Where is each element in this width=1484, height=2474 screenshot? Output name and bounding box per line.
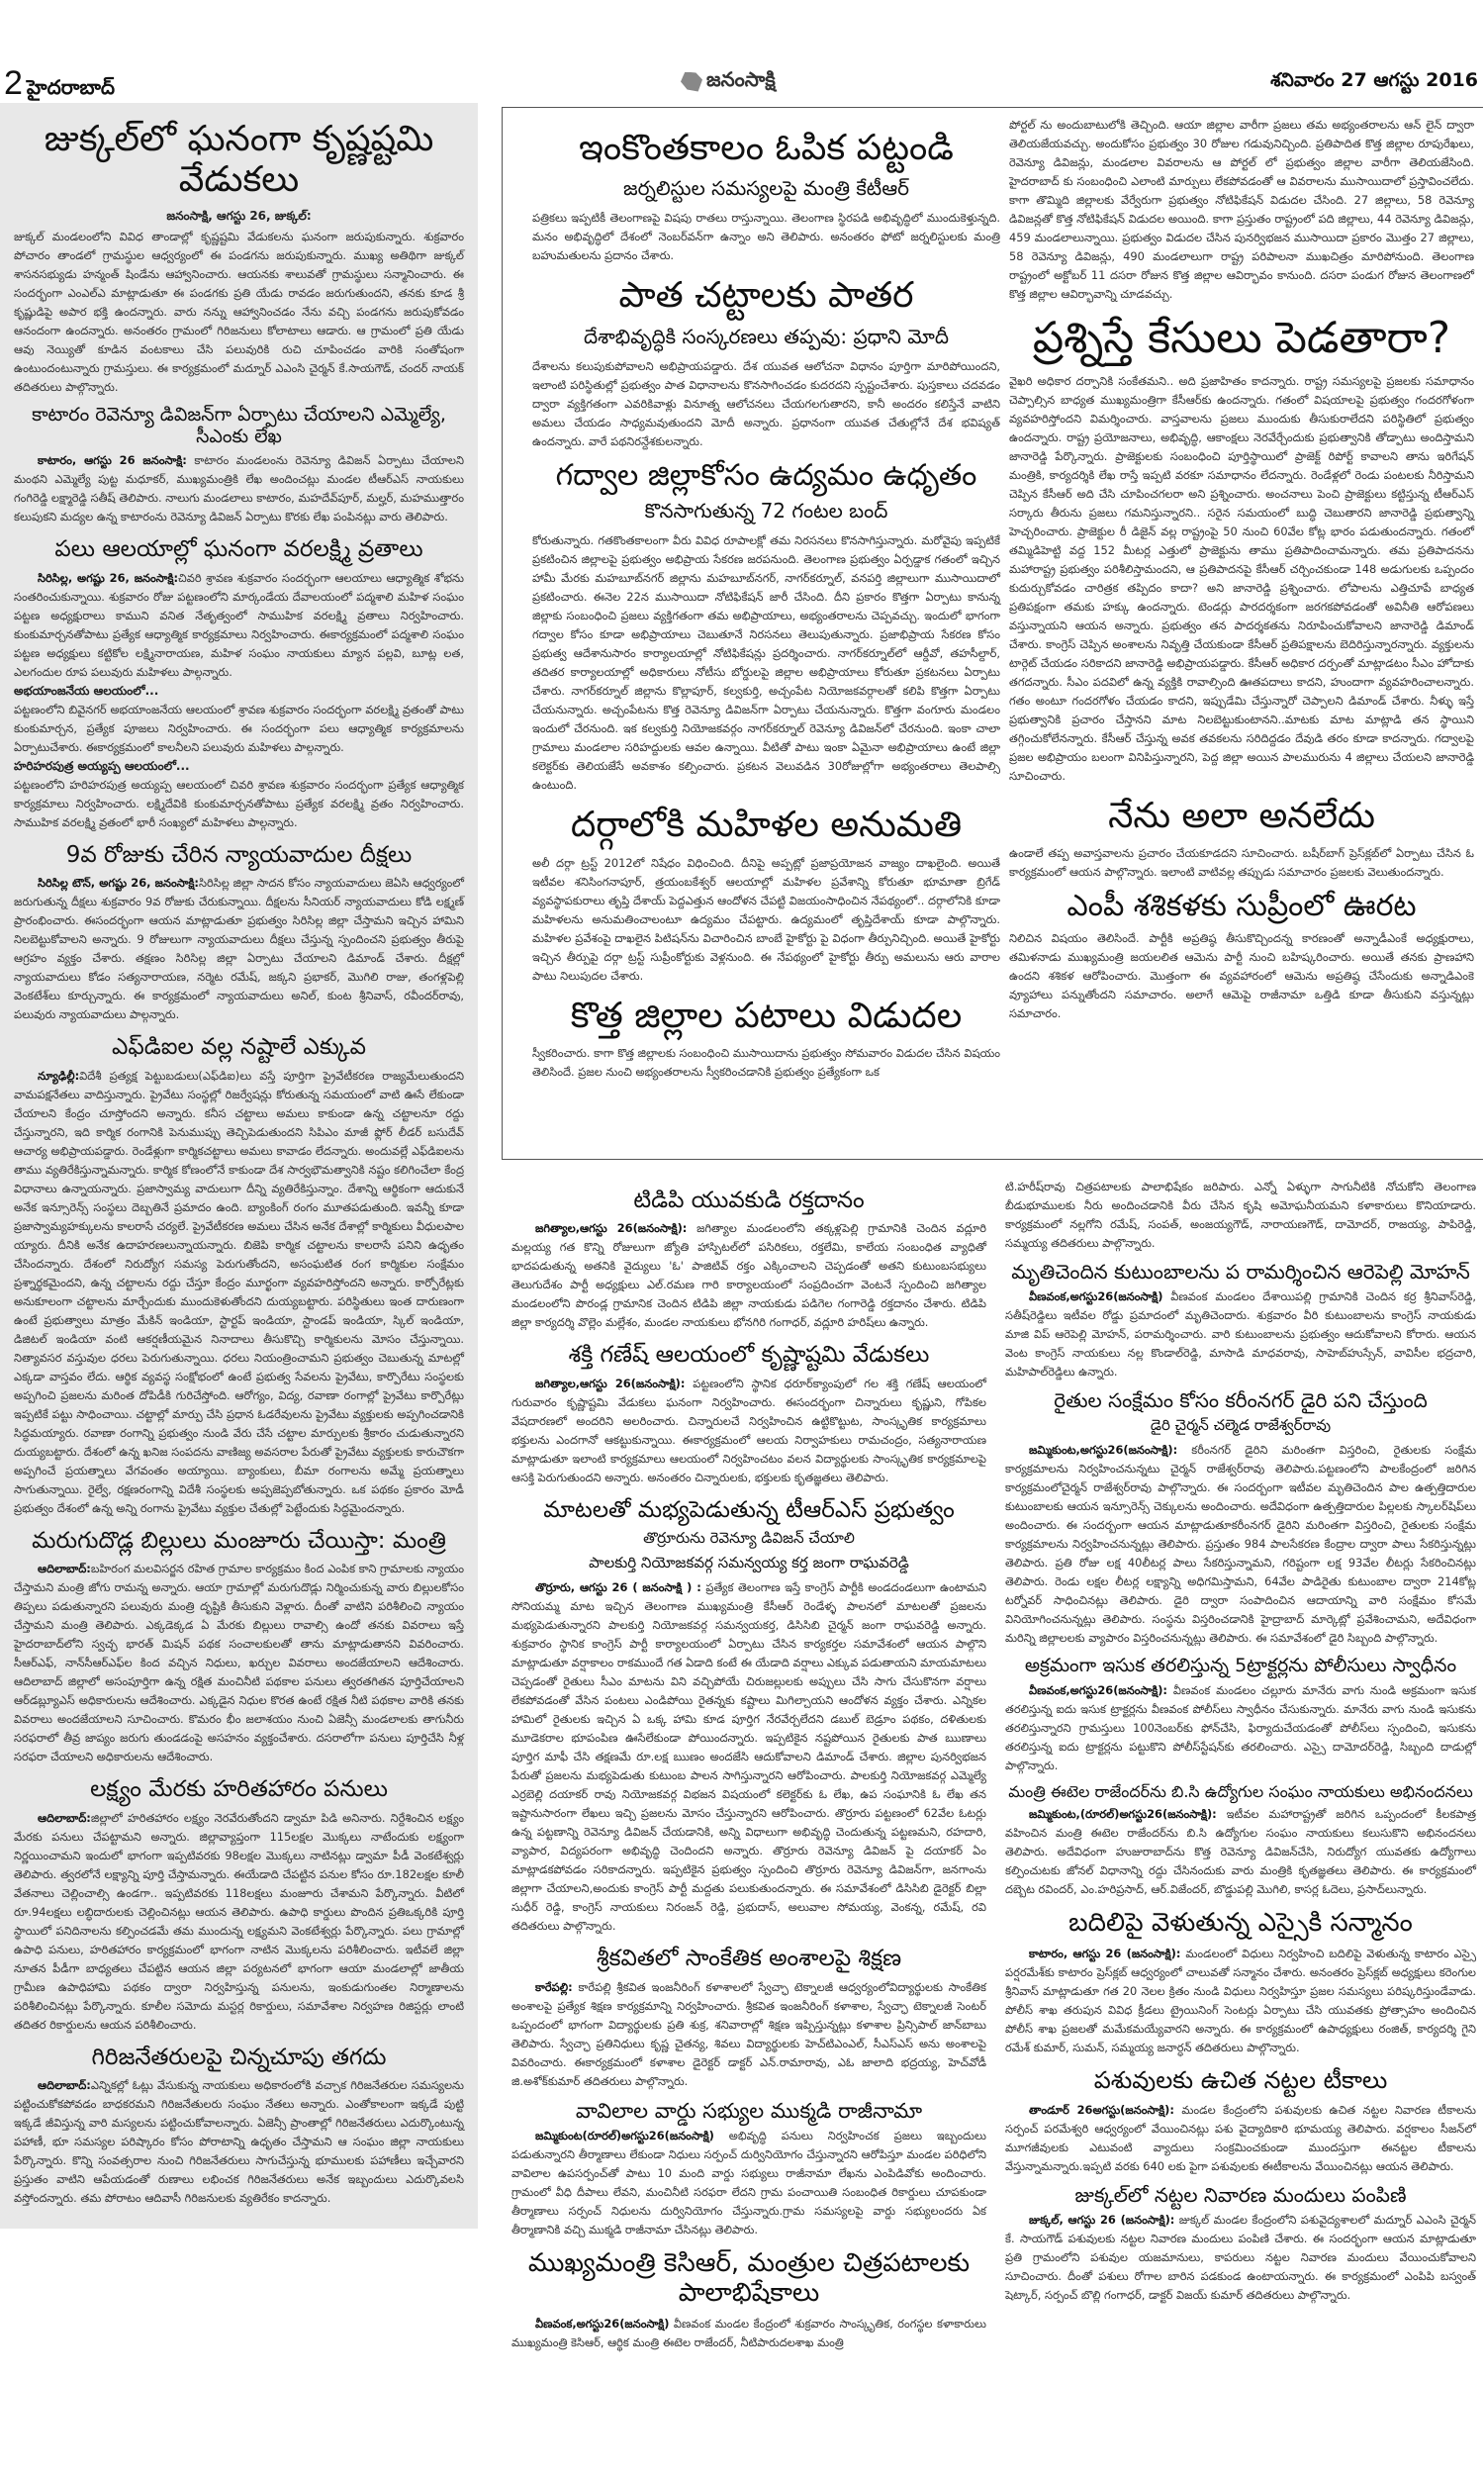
- article-body: ఉండాలే తప్ప అవాస్తవాలను ప్రచారం చేయకూడదన…: [1009, 844, 1474, 882]
- article: 9వ రోజుకు చేరిన న్యాయవాదుల దీక్షలు సిరిస…: [14, 842, 464, 1024]
- article: ఎంపీ శశికళకు సుప్రీంలో ఊరట నిలిచిన విషయం…: [1009, 890, 1474, 1024]
- article-subheadline: డైరి చైర్మన్ చల్మెడ రాజేశ్వర్‌రావు: [1005, 1416, 1476, 1438]
- article-headline: మరుగుదొడ్ల బిల్లులు మంజూరు చేయిస్తా: మంత…: [14, 1528, 464, 1554]
- article-headline: గద్వాల జిల్లాకోసం ఉద్యమం ఉధృతం: [532, 459, 1000, 494]
- article: ఇంకొంతకాలం ఓపిక పట్టండి జర్నలిస్టుల సమస్…: [532, 128, 1000, 265]
- article-headline: కొత్త జిల్లాల పటాలు విడుదల: [532, 996, 1000, 1036]
- article: మృతిచెందిన కుటుంబాలను ప రామర్శించిన ఆరెప…: [1005, 1261, 1476, 1381]
- article-headline: బదిలిపై వెళుతున్న ఎస్సైకి సన్మానం: [1005, 1909, 1476, 1939]
- article-body: కోరుతున్నారు. గతకొంతకాలంగా వీరు వివిధ రూ…: [532, 531, 1000, 795]
- article-body: పత్రికలు ఇప్పటికీ తెలంగాణపై విషపు రాతలు …: [532, 209, 1000, 265]
- article-body: వైఖరి అధికార దర్పానికి సంకేతమని.. అది ప్…: [1009, 372, 1474, 786]
- article-dateline: సిరిసిల్ల టౌన్, అగష్టు 26, జనంసాక్షి:: [38, 876, 199, 890]
- article-headline: లక్ష్యం మేరకు హరితహారం పనులు: [14, 1776, 464, 1802]
- article-headline: పాత చట్టాలకు పాతర: [532, 275, 1000, 316]
- article-body: బహిరంగ మలవిసర్జన రహిత గ్రామాల కార్యక్రమం…: [14, 1562, 464, 1763]
- article-body: మండలంలో విధులు నిర్వహించి బదిలిపై వెళుతు…: [1005, 1947, 1476, 2054]
- left-column: జుక్కల్‌లో ఘనంగా కృష్ణష్టమి వేడుకలు జనంస…: [0, 103, 478, 2229]
- article: దర్గాలోకి మహిళల అనుమతి అలీ దర్గా ట్రస్ట్…: [532, 805, 1000, 985]
- article-headline: ఇంకొంతకాలం ఓపిక పట్టండి: [532, 128, 1000, 168]
- article-dateline: తొర్రూరు, ఆగస్టు 26 ( జనంసాక్షి ) :: [535, 1580, 701, 1594]
- article: కాటారం రెవెన్యూ డివిజన్‌గా ఏర్పాటు చేయాల…: [14, 405, 464, 527]
- article: శక్తి గణేష్ ఆలయంలో కృష్ణాష్టమి వేడుకలు జ…: [511, 1342, 986, 1486]
- article-body: జుక్కల్ మండలంలోని వివిధ తాండాల్లో కృష్ణష…: [14, 228, 464, 397]
- article-dateline: జగిత్యాల,ఆగస్టు 26(జనంసాక్షి):: [535, 1221, 687, 1235]
- article-dateline: న్యూఢిల్లీ:: [38, 1069, 79, 1083]
- article: ప్రశ్నిస్తే కేసులు పెడతారా? వైఖరి అధికార…: [1009, 314, 1474, 786]
- article-dateline: కాటారం, ఆగస్టు 26 జనంసాక్షి:: [38, 453, 187, 467]
- article-headline: 9వ రోజుకు చేరిన న్యాయవాదుల దీక్షలు: [14, 842, 464, 868]
- article-body: ప్రత్యేక తెలంగాణ ఇస్తే కాంగ్రెస్ పార్టీక…: [511, 1580, 986, 1933]
- article-headline: ఎఫ్‌డిఐల వల్ల నష్టాలే ఎక్కువ: [14, 1034, 464, 1060]
- telangana-map-icon: [681, 72, 702, 92]
- article-body: పట్టణంలోని స్థానిక ధరూర్‌క్యాంపులో గల శక…: [511, 1377, 986, 1484]
- article-headline: గిరిజనేతరులపై చిన్నచూపు తగదు: [14, 2045, 464, 2070]
- article-body: సిరిసిల్ల జిల్లా సాదన కోసం న్యాయవాదులు జ…: [14, 876, 464, 1021]
- article-dateline: జనంసాక్షి, ఆగస్టు 26, జుక్కల్:: [14, 209, 464, 226]
- article-body: టి.హరీష్‌రావు చిత్రపటాలకు పాలాభిషేకం జరి…: [1005, 1178, 1476, 1253]
- article-headline: రైతుల సంక్షేమం కోసం కరీంనగర్ డైరి పని చే…: [1005, 1389, 1476, 1412]
- article: టిడిపి యువకుడి రక్తదానం జగిత్యాల,ఆగస్టు …: [511, 1188, 986, 1332]
- newspaper-logo: జనంసాక్షి: [681, 67, 776, 96]
- article-body: జిల్లాలో హరితహారం లక్ష్యం నెరవేరుతోందని …: [14, 1811, 464, 2032]
- article-body: జగిత్యాల మండలంలోని తక్కళ్లపెల్లి గ్రామాన…: [511, 1221, 986, 1329]
- boxed-column-b: పోర్టల్ ను అందుబాటులోకి తెచ్చింది. ఆయా జ…: [1009, 116, 1474, 1023]
- article-subheadline: జర్నలిస్టుల సమస్యలపై మంత్రి కేటీఆర్: [532, 176, 1000, 205]
- article-dateline: జమ్మికుంట,(రూరల్)అగస్టు26(జనంసాక్షి):: [1029, 1807, 1217, 1821]
- article-body: అభివృద్ధి పనులు నిర్వహించక ప్రజలు ఇబ్బంద…: [511, 2129, 986, 2236]
- article-headline: నేను అలా అనలేదు: [1009, 796, 1474, 836]
- article-dateline: ఆదిలాబాద్:: [38, 1562, 91, 1575]
- article-headline: శ్రీకవితలో సాంకేతిక అంశాలపై శిక్షణ: [511, 1946, 986, 1971]
- article-subheadline: తొర్రూరును రెవెన్యూ డివిజన్ చేయాలి: [511, 1529, 986, 1551]
- article-headline: కాటారం రెవెన్యూ డివిజన్‌గా ఏర్పాటు చేయాల…: [14, 405, 464, 448]
- article-body: పోర్టల్ ను అందుబాటులోకి తెచ్చింది. ఆయా జ…: [1009, 116, 1474, 304]
- article-continuation: పోర్టల్ ను అందుబాటులోకి తెచ్చింది. ఆయా జ…: [1009, 116, 1474, 304]
- article-subheadline: కొనసాగుతున్న 72 గంటల బంద్: [532, 499, 1000, 527]
- article-body: అలీ దర్గా ట్రస్ట్ 2012లో నిషేధం విధించిం…: [532, 854, 1000, 986]
- article-headline: ఎంపీ శశికళకు సుప్రీంలో ఊరట: [1009, 890, 1474, 924]
- article: బదిలిపై వెళుతున్న ఎస్సైకి సన్మానం కాటారం…: [1005, 1909, 1476, 2057]
- article-headline: మృతిచెందిన కుటుంబాలను ప రామర్శించిన ఆరెప…: [1005, 1261, 1476, 1284]
- article-dateline: ఆదిలాబాద్:: [38, 1811, 91, 1825]
- article-body: పట్టణంలోని హరిహరపుత్ర అయ్యప్ప ఆలయంలో చివ…: [14, 776, 464, 832]
- article: ఎఫ్‌డిఐల వల్ల నష్టాలే ఎక్కువ న్యూఢిల్లీ:…: [14, 1034, 464, 1517]
- article-body: చివరి శ్రావణ శుక్రవారం సందర్భంగా ఆలయాలు …: [14, 571, 464, 679]
- article-dateline: కాటారం, ఆగస్టు 26 (జనంసాక్షి):: [1029, 1947, 1180, 1960]
- article-body: ఎన్నికల్లో ఓట్లు వేసుకున్న నాయకులు అధికా…: [14, 2078, 464, 2205]
- article: అక్రమంగా ఇసుక తరలిస్తున్న 5ట్రాక్టర్లను …: [1005, 1656, 1476, 1775]
- article: నేను అలా అనలేదు ఉండాలే తప్ప అవాస్తవాలను …: [1009, 796, 1474, 882]
- article-headline: మంత్రి ఈటెల రాజేందర్‌ను బి.సి ఉద్యోగుల స…: [1005, 1783, 1476, 1801]
- article-dateline: జగిత్యాల,ఆగస్టు 26(జనంసాక్షి):: [535, 1377, 685, 1390]
- article-headline: టిడిపి యువకుడి రక్తదానం: [511, 1188, 986, 1213]
- article-headline: ప్రశ్నిస్తే కేసులు పెడతారా?: [1009, 314, 1474, 364]
- article-body: పట్టణంలోని బివైనగర్ అభయాంజనేయ ఆలయంలో శ్ర…: [14, 701, 464, 757]
- article-body: కారేపల్లి శ్రీకవిత ఇంజనీరింగ్ కళాశాలలో స…: [511, 1980, 986, 2088]
- article-dateline: సిరిసిల్ల, అగష్టు 26, జనంసాక్షి:: [38, 571, 178, 585]
- masthead: 2హైదరాబాద్ జనంసాక్షి శనివారం 27 ఆగస్టు 2…: [0, 59, 1484, 99]
- page-number: 2: [4, 64, 23, 102]
- article-body: దేశాలను కలుపుకుపోవాలని అభిప్రాయపడ్డారు. …: [532, 357, 1000, 451]
- article: పలు ఆలయాల్లో ఘనంగా వరలక్ష్మి వ్రతాలు సిర…: [14, 536, 464, 831]
- article-dateline: తాండూర్ 26అగస్టు(జనంసాక్షి):: [1029, 2103, 1174, 2117]
- article-headline: మాటలతో మభ్యపెడుతున్న టీఆర్ఎస్ ప్రభుత్వం: [511, 1497, 986, 1523]
- article-body: కరీంనగర్ డైరిని మరింతగా విస్తరించి, రైతు…: [1005, 1443, 1476, 1645]
- article: శ్రీకవితలో సాంకేతిక అంశాలపై శిక్షణ కారేప…: [511, 1946, 986, 2090]
- article: పశువులకు ఉచిత నట్టల టీకాలు తాండూర్ 26అగస…: [1005, 2067, 1476, 2176]
- article-subheadline: దేశాభివృద్ధికి సంస్కరణలు తప్పవు: ప్రధాని…: [532, 325, 1000, 353]
- article: గిరిజనేతరులపై చిన్నచూపు తగదు ఆదిలాబాద్:ఎ…: [14, 2045, 464, 2208]
- article-body: నిలిచిన విషయం తెలిసిందే. పార్టీకి అప్రతి…: [1009, 929, 1474, 1023]
- article-subhead: అభయాంజనేయ ఆలయంలో...: [14, 684, 464, 701]
- article-dateline: ఆదిలాబాద్:: [38, 2078, 91, 2092]
- article-continuation: టి.హరీష్‌రావు చిత్రపటాలకు పాలాభిషేకం జరి…: [1005, 1178, 1476, 1253]
- article: వావిలాల వార్డు సభ్యుల ముక్మడి రాజీనామా జ…: [511, 2099, 986, 2239]
- article: లక్ష్యం మేరకు హరితహారం పనులు ఆదిలాబాద్:జ…: [14, 1776, 464, 2034]
- article: మంత్రి ఈటెల రాజేందర్‌ను బి.సి ఉద్యోగుల స…: [1005, 1783, 1476, 1899]
- article-body: స్వీకరించారు. కాగా కొత్త జిల్లాలకు సంబంధ…: [532, 1044, 1000, 1082]
- article-dateline: వీణవంక,అగస్టు26(జనంసాక్షి): [535, 2317, 669, 2331]
- article: ముఖ్యమంత్రి కెసిఆర్, మంత్రుల చిత్రపటాలకు…: [511, 2249, 986, 2352]
- article-headline: ముఖ్యమంత్రి కెసిఆర్, మంత్రుల చిత్రపటాలకు…: [511, 2249, 986, 2309]
- article: మరుగుదొడ్ల బిల్లులు మంజూరు చేయిస్తా: మంత…: [14, 1528, 464, 1766]
- article-headline: దర్గాలోకి మహిళల అనుమతి: [532, 805, 1000, 845]
- article-body: విదేశీ ప్రత్యక్ష పెట్టుబడులు(ఎఫ్‌డిఐ)లు …: [14, 1069, 464, 1515]
- article-subheadline: పాలకుర్తి నియోజకవర్గ సమన్వయ్య కర్త జంగా …: [511, 1554, 986, 1575]
- article: జుక్కల్‌లో ఘనంగా కృష్ణష్టమి వేడుకలు జనంస…: [14, 119, 464, 397]
- article: మాటలతో మభ్యపెడుతున్న టీఆర్ఎస్ ప్రభుత్వం …: [511, 1497, 986, 1936]
- article: రైతుల సంక్షేమం కోసం కరీంనగర్ డైరి పని చే…: [1005, 1389, 1476, 1648]
- article-headline: శక్తి గణేష్ ఆలయంలో కృష్ణాష్టమి వేడుకలు: [511, 1342, 986, 1368]
- article-headline: జుక్కల్‌లో నట్టల నివారణ మందులు పంపిణి: [1005, 2184, 1476, 2207]
- boxed-column-a: ఇంకొంతకాలం ఓపిక పట్టండి జర్నలిస్టుల సమస్…: [532, 118, 1000, 1082]
- article-dateline: జమ్మికుంట(రూరల్)అగస్టు26(జనంసాక్షి): [535, 2129, 714, 2142]
- article-dateline: జమ్మికుంట,అగస్టు26(జనంసాక్షి):: [1029, 1443, 1177, 1457]
- article-dateline: వీణవంక,అగస్టు26(జనంసాక్షి): [1029, 1289, 1162, 1303]
- page-number-section: 2హైదరాబాద్: [4, 64, 115, 104]
- article: కొత్త జిల్లాల పటాలు విడుదల స్వీకరించారు.…: [532, 996, 1000, 1082]
- lower-middle-column: టిడిపి యువకుడి రక్తదానం జగిత్యాల,ఆగస్టు …: [502, 1178, 996, 2352]
- article-subhead: హరిహరపుత్ర అయ్యప్ప ఆలయంలో...: [14, 759, 464, 776]
- article-headline: అక్రమంగా ఇసుక తరలిస్తున్న 5ట్రాక్టర్లను …: [1005, 1656, 1476, 1677]
- issue-date: శనివారం 27 ఆగస్టు 2016: [1270, 69, 1478, 96]
- article-dateline: కారేపల్లి:: [535, 1980, 573, 1994]
- article: జుక్కల్‌లో నట్టల నివారణ మందులు పంపిణి జు…: [1005, 2184, 1476, 2305]
- article-dateline: వీణవంక,అగస్టు26(జనంసాక్షి):: [1029, 1683, 1167, 1697]
- article-headline: వావిలాల వార్డు సభ్యుల ముక్మడి రాజీనామా: [511, 2099, 986, 2123]
- lower-right-column: టి.హరీష్‌రావు చిత్రపటాలకు పాలాభిషేకం జరి…: [997, 1178, 1484, 2305]
- article-headline: జుక్కల్‌లో ఘనంగా కృష్ణష్టమి వేడుకలు: [14, 119, 464, 201]
- article: గద్వాల జిల్లాకోసం ఉద్యమం ఉధృతం కొనసాగుతు…: [532, 459, 1000, 796]
- section-city: హైదరాబాద్: [27, 75, 115, 99]
- logo-text: జనంసాక్షి: [706, 67, 776, 96]
- article: పాత చట్టాలకు పాతర దేశాభివృద్ధికి సంస్కరణ…: [532, 275, 1000, 450]
- article-dateline: జుక్కల్, ఆగస్టు 26 (జనంసాక్షి):: [1029, 2213, 1174, 2227]
- boxed-news-section: ఇంకొంతకాలం ఓపిక పట్టండి జర్నలిస్టుల సమస్…: [502, 107, 1483, 1160]
- article-headline: పలు ఆలయాల్లో ఘనంగా వరలక్ష్మి వ్రతాలు: [14, 536, 464, 562]
- article-headline: పశువులకు ఉచిత నట్టల టీకాలు: [1005, 2067, 1476, 2095]
